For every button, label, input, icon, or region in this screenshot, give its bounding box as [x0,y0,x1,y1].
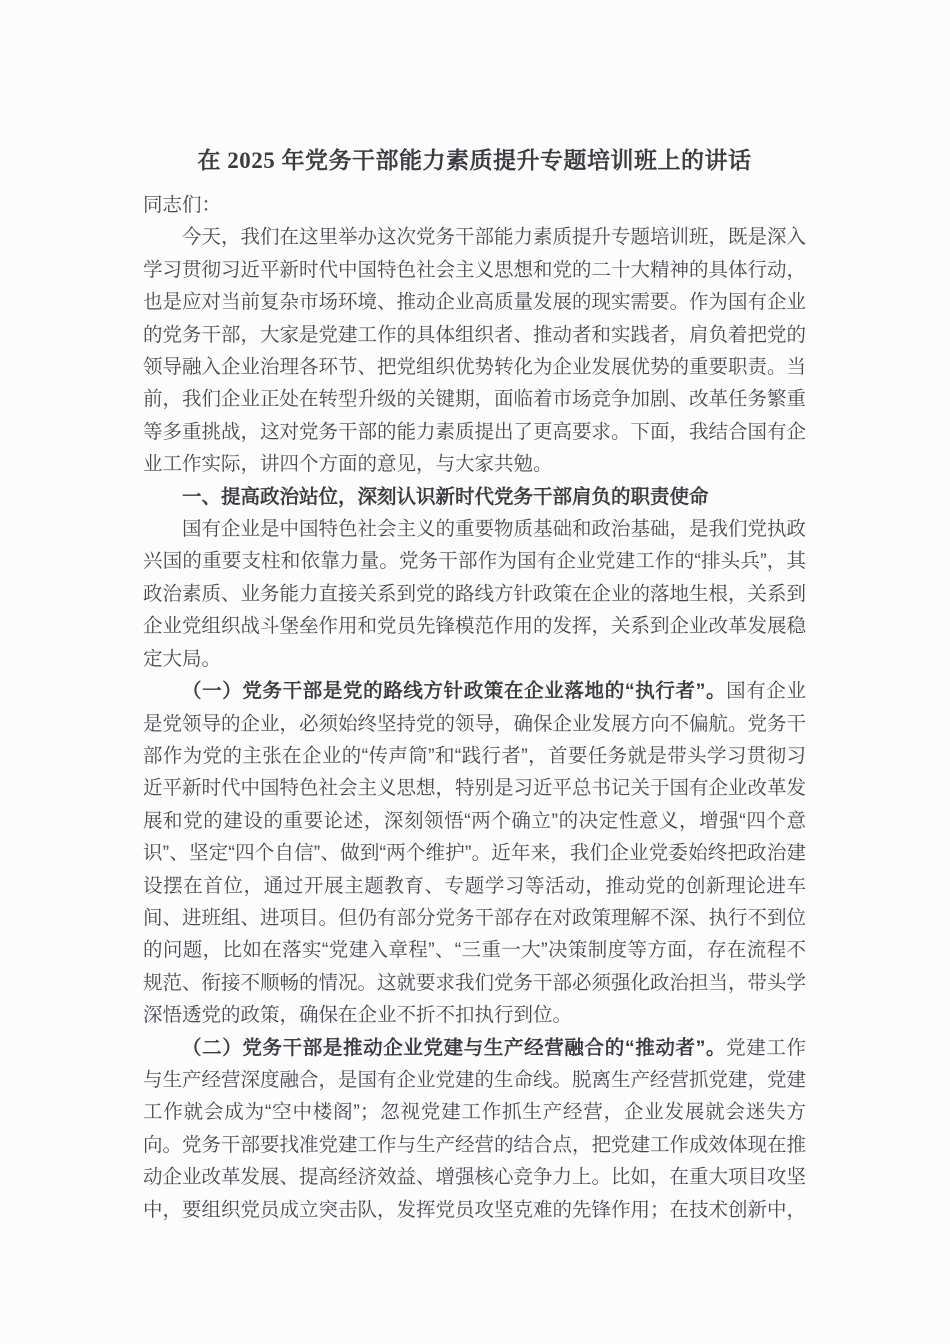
section-1-paragraph: 国有企业是中国特色社会主义的重要物质基础和政治基础，是我们党执政兴国的重要支柱和… [143,513,806,675]
point-1-text: 国有企业是党领导的企业，必须始终坚持党的领导，确保企业发展方向不偏航。党务干部作… [143,680,806,1026]
point-2-text: 党建工作与生产经营深度融合，是国有企业党建的生命线。脱离生产经营抓党建，党建工作… [143,1037,806,1221]
point-2-lead: （二）党务干部是推动企业党建与生产经营融合的“推动者”。 [182,1037,726,1059]
salutation: 同志们： [143,189,806,221]
point-2-paragraph: （二）党务干部是推动企业党建与生产经营融合的“推动者”。党建工作与生产经营深度融… [143,1032,806,1226]
point-1-lead: （一）党务干部是党的路线方针政策在企业落地的“执行者”。 [182,680,726,702]
document-page: 在 2025 年党务干部能力素质提升专题培训班上的讲话 同志们： 今天，我们在这… [0,0,950,1344]
intro-paragraph: 今天，我们在这里举办这次党务干部能力素质提升专题培训班，既是深入学习贯彻习近平新… [143,221,806,480]
point-1-paragraph: （一）党务干部是党的路线方针政策在企业落地的“执行者”。国有企业是党领导的企业，… [143,675,806,1031]
document-title: 在 2025 年党务干部能力素质提升专题培训班上的讲话 [143,141,806,181]
section-1-heading: 一、提高政治站位，深刻认识新时代党务干部肩负的职责使命 [143,481,806,513]
